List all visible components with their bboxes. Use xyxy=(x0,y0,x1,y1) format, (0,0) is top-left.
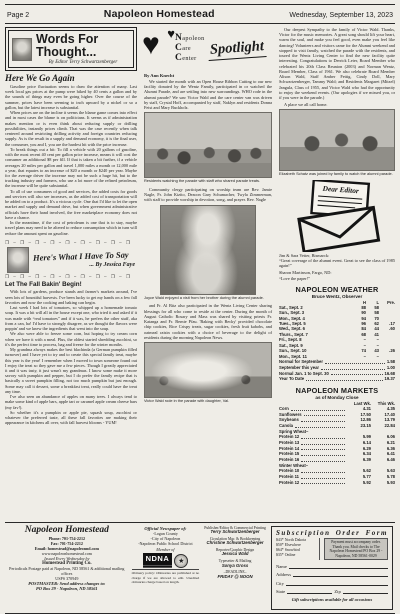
state-field-label: State xyxy=(276,589,285,594)
letters-to-editor: Jim & Sara Vetter, Bismarck:“Great cover… xyxy=(279,253,395,281)
spotlight-text-2: Community clergy participating on worshi… xyxy=(144,187,272,203)
jessica-column-box: ❐ ~ ❐ ~ ❐ ~ ❐ ~ ❐ ~ ❐ ~ ❐ ~ ❐ ~ ❐ Here's… xyxy=(5,240,137,280)
cell: Sonya Gross xyxy=(204,564,266,569)
cell: Year To Date xyxy=(279,376,304,382)
column-headline: Let The Fall Bakin' Begin! xyxy=(5,281,137,288)
cell: Protein 12 xyxy=(279,480,299,486)
official-newspaper-section: Official Newspaper of: -Logan County-Cit… xyxy=(132,526,200,610)
column-paragraph: Last week I had lots of tomatoes, so whi… xyxy=(5,305,137,331)
address-field: Address xyxy=(276,572,388,577)
table-row: Typesetter & MailingSonya Gross xyxy=(204,559,266,568)
cell: “Love the paper!” xyxy=(279,276,395,281)
spotlight-byline: By Ann Knecht xyxy=(144,73,272,78)
subscription-form: Subscription Order Form $43* North Dakot… xyxy=(271,526,393,610)
name-field-label: Name xyxy=(276,564,287,569)
masthead-name: Napoleon Homestead xyxy=(7,526,127,536)
editorial-body: Gasoline price fluctuation seems to draw… xyxy=(5,84,137,236)
spotlight-paragraph: Our deepest Sympathy to the family of Vi… xyxy=(279,27,395,100)
table-row: $35* Online xyxy=(276,553,317,558)
page-number: Page 2 xyxy=(7,12,29,19)
subscription-rates: $43* North Dakota$50* Elsewhere$64* Snow… xyxy=(276,538,320,560)
elizabeth-photo-caption: Elizabeth Schatz was joined by family to… xyxy=(279,172,395,177)
words-for-thought-box: Words For Thought... By Editor Terry Sch… xyxy=(5,27,137,71)
column-paragraph: With lots of gardens, produce stands and… xyxy=(5,289,137,305)
newspaper-title: Napoleon Homestead xyxy=(104,8,215,20)
table-row: Circulation Mgr. & BookkeepingChristine … xyxy=(204,537,266,546)
dear-editor-envelope-icon: Dear Editor xyxy=(291,180,383,252)
weather-title: NAPOLEON WEATHER xyxy=(279,285,395,294)
column-left: Words For Thought... By Editor Terry Sch… xyxy=(5,27,137,519)
decorative-border-top: ❐ ~ ❐ ~ ❐ ~ ❐ ~ ❐ ~ ❐ ~ ❐ ~ ❐ ~ ❐ xyxy=(5,240,137,246)
decorative-border-bottom: ❐ ~ ❐ ~ ❐ ~ ❐ ~ ❐ ~ ❐ ~ ❐ ~ ❐ ~ ❐ xyxy=(5,274,137,280)
weather-summary: Normal for September1.58September this y… xyxy=(279,359,395,382)
cell: $43* North Dakota xyxy=(276,538,306,542)
editorial-headline: Here We Go Again xyxy=(5,73,137,83)
column-paragraph: My grandma always makes the best blachin… xyxy=(5,347,137,394)
weather-table: Sat., Sept. 28858Sun., Sept. 39058Mon., … xyxy=(279,305,395,360)
table-row: Protein 125.925.93 xyxy=(279,480,395,486)
victor-photo-caption: Victor Wald rode in the parade with daug… xyxy=(144,399,272,404)
page-body: Words For Thought... By Editor Terry Sch… xyxy=(5,27,395,519)
staff-list: Publisher/Editor & Commercial PrintingTe… xyxy=(204,526,266,580)
masthead-footer: Napoleon Homestead Phone: 701-754-2212 F… xyxy=(5,522,395,614)
weather-box: NAPOLEON WEATHER Bruce Wentz, Observer H… xyxy=(279,285,395,382)
masthead-contact: Napoleon Homestead Phone: 701-754-2212 F… xyxy=(7,526,127,610)
markets-table: Corn4.314.35Sunflowers17.5017.40Soybeans… xyxy=(279,406,395,485)
state-zip-field: State Zip xyxy=(276,589,388,594)
newspaper-page: Page 2 Napoleon Homestead Wednesday, Sep… xyxy=(0,0,400,614)
association-seal-icon: ★ xyxy=(174,554,188,568)
weather-observer: Bruce Wentz, Observer xyxy=(279,294,395,299)
page-header: Page 2 Napoleon Homestead Wednesday, Sep… xyxy=(5,4,395,24)
rate-list: $43* North Dakota$50* Elsewhere$64* Snow… xyxy=(276,538,317,558)
spotlight-closing: A place we all call home. xyxy=(279,102,395,107)
editorial-paragraph: To all of use consumers of good and serv… xyxy=(5,189,137,220)
gift-note: Gift subscriptions available for all occ… xyxy=(276,597,388,602)
editor-photo xyxy=(12,38,32,61)
cell: 22.84 xyxy=(371,423,395,429)
cell: – xyxy=(353,354,366,359)
heart-icon: ♥♥ xyxy=(144,32,174,66)
spotlight-text-3: and Fr. Al Bitz also participated in the… xyxy=(144,303,272,340)
table-row: Reporter/Graphic DesignJessica Wald xyxy=(204,548,266,557)
masthead-pobox: PO Box 29 - Napoleon, ND 58561 xyxy=(7,586,127,591)
care-center-logo: ♥♥ Napoleon Care Center Spotlight xyxy=(144,27,272,71)
cell: Christine Schwartzenberger xyxy=(204,541,266,546)
column-paragraph: We also were able to freeze some corn, b… xyxy=(5,331,137,347)
spotlight-text-4: Our deepest Sympathy to the family of Vi… xyxy=(279,27,395,100)
jessica-column-title: Here's What I Have To Say xyxy=(33,249,135,263)
obituary-policy: Obituary policy: Obituaries are publishe… xyxy=(132,569,200,584)
spotlight-paragraph: and Fr. Al Bitz also participated in the… xyxy=(144,303,272,340)
table-row: Year To Date19.37 xyxy=(279,376,395,382)
spotlight-text-1: We started the month with an Open House … xyxy=(144,79,272,110)
cell: 23.15 xyxy=(347,423,371,429)
table-row: –DEADLINE–FRIDAY @ NOON xyxy=(204,570,266,579)
joyce-wald-photo xyxy=(160,205,256,295)
cell: 5.92 xyxy=(347,480,371,486)
cell: – xyxy=(366,354,379,359)
official-list: -Logan County-City of Napoleon-Napoleon … xyxy=(132,531,200,546)
zip-field-label: Zip xyxy=(334,589,340,594)
cell: FRIDAY @ NOON xyxy=(204,575,266,580)
care-center-name: Napoleon Care Center xyxy=(175,34,205,64)
column-right: Our deepest Sympathy to the family of Vi… xyxy=(279,27,395,519)
markets-subtitle: as of Monday Close xyxy=(279,395,395,400)
table-row: Jim & Sara Vetter, Bismarck:“Great cover… xyxy=(279,253,395,268)
table-row: Publisher/Editor & Commercial PrintingTe… xyxy=(204,526,266,535)
cell: $64* Snowbird xyxy=(276,548,300,552)
editor-byline: By Editor Terry Schwartzenberger xyxy=(36,60,130,65)
spotlight-title: Spotlight xyxy=(207,38,266,61)
parade-photo-caption: Residents watching the parade with staff… xyxy=(144,179,272,184)
parade-photo xyxy=(144,112,272,178)
editorial-paragraph: Gasoline price fluctuation seems to draw… xyxy=(5,84,137,110)
spotlight-paragraph: Community clergy participating on worshi… xyxy=(144,187,272,203)
victor-wald-photo xyxy=(144,342,272,398)
editorial-paragraph: To break things out a bit: To fill a veh… xyxy=(5,147,137,189)
cell: 19.37 xyxy=(385,376,395,382)
masthead-periodicals: Periodicals Postage paid at Napoleon, ND… xyxy=(7,566,127,576)
jessica-byline: ... By Jessica Faye xyxy=(33,262,135,268)
table-row: Sharon Martinson, Fargo, ND:“Love the pa… xyxy=(279,270,395,280)
address-field-label: Address xyxy=(276,572,291,577)
joyce-photo-caption: Joyce Wald enjoyed a visit from her brot… xyxy=(144,296,272,301)
cell: 5.93 xyxy=(371,480,395,486)
cell: 6.46 xyxy=(371,457,395,463)
cell: “Great coverage of the alumni event. Gre… xyxy=(279,258,395,268)
ndna-logo: NDNA xyxy=(143,553,173,568)
column-paragraph: I've also seen an abundance of apples on… xyxy=(5,394,137,410)
editorial-paragraph: When prices are on the incline it seems … xyxy=(5,110,137,147)
elizabeth-schatz-photo xyxy=(279,109,395,171)
cell: -Napoleon Public School District xyxy=(138,541,192,546)
spotlight-paragraph: We started the month with an Open House … xyxy=(144,79,272,110)
subscription-title: Subscription Order Form xyxy=(276,529,388,537)
markets-box: NAPOLEON MARKETS as of Monday Close Last… xyxy=(279,386,395,485)
column-body: With lots of gardens, produce stands and… xyxy=(5,289,137,425)
column-paragraph: So whether it's a pumpkin or apple pie, … xyxy=(5,410,137,426)
name-field: Name xyxy=(276,564,388,569)
markets-title: NAPOLEON MARKETS xyxy=(279,386,395,395)
payment-note: Payment must accompany order. Thank you.… xyxy=(324,538,388,560)
cell: Terry Schwartzenberger xyxy=(204,530,266,535)
jessica-photo xyxy=(7,247,29,273)
org-line: Center xyxy=(175,54,205,64)
editorial-paragraph: In the meantime, if the cost of petroleu… xyxy=(5,220,137,236)
words-for-thought-title: Words For Thought... xyxy=(36,33,130,58)
cell: Jessica Wald xyxy=(204,552,266,557)
member-of-label: Member of xyxy=(132,547,200,552)
table-row: -Napoleon Public School District xyxy=(132,541,200,546)
city-field: City xyxy=(276,581,388,586)
cell: $50* Elsewhere xyxy=(276,543,301,547)
column-middle: ♥♥ Napoleon Care Center Spotlight By Ann… xyxy=(144,27,272,519)
issue-date: Wednesday, September 13, 2023 xyxy=(289,12,393,19)
staff-section: Publisher/Editor & Commercial PrintingTe… xyxy=(204,526,266,610)
cell: 6.39 xyxy=(347,457,371,463)
cell: $35* Online xyxy=(276,553,295,557)
city-field-label: City xyxy=(276,581,284,586)
